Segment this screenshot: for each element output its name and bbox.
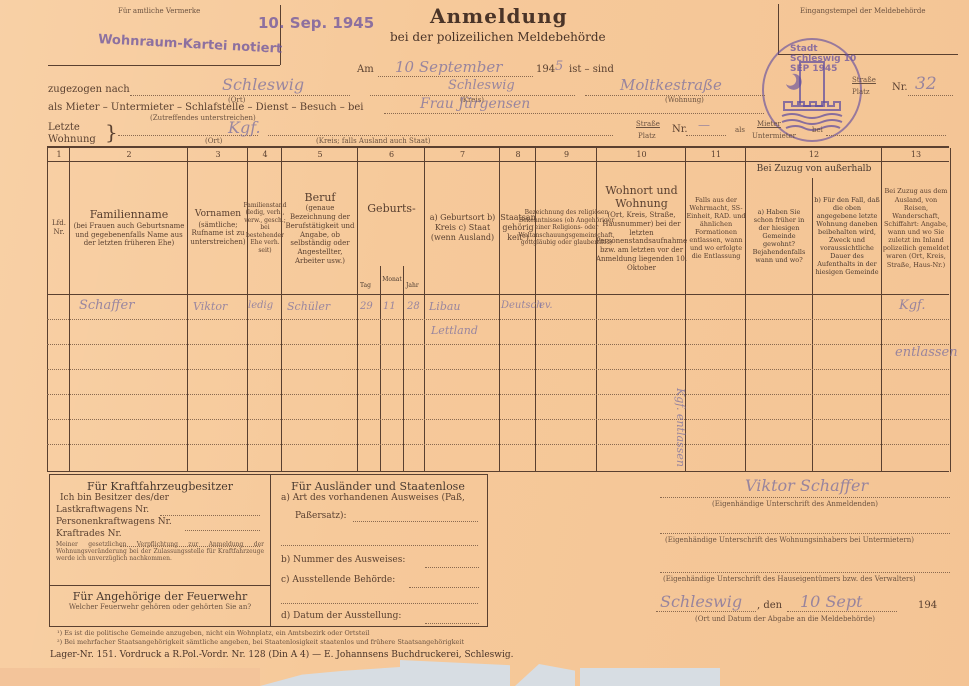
monat-label: Monat bbox=[382, 276, 402, 283]
issue-date-label: d) Datum der Ausstellung: bbox=[281, 611, 401, 621]
vornamen-value: Viktor bbox=[193, 300, 227, 313]
row-line bbox=[47, 344, 949, 345]
letzte-kreis-line bbox=[268, 135, 613, 136]
col-number: 1 bbox=[48, 150, 70, 159]
tag-label: Tag bbox=[360, 282, 371, 289]
place-date-label: (Ort und Datum der Abgabe an die Meldebe… bbox=[695, 615, 875, 623]
den-label: , den bbox=[757, 600, 782, 611]
bekenntnis-value: ev. bbox=[539, 300, 553, 311]
torn-edge bbox=[0, 668, 260, 686]
ausland2-value: entlassen bbox=[895, 345, 958, 360]
torn-edge bbox=[580, 668, 720, 686]
brace: } bbox=[105, 122, 118, 142]
col-12a-header: a) Haben Sie schon früher in der hiesige… bbox=[748, 180, 810, 292]
issue-date-line[interactable] bbox=[425, 623, 479, 624]
occupant-signature-line[interactable] bbox=[660, 533, 950, 534]
col-header-text: a) Geburtsort b) Kreis c) Staat (wenn Au… bbox=[425, 213, 500, 243]
print-info: Lager-Nr. 151. Vordruck a R.Pol.-Vordr. … bbox=[50, 650, 514, 660]
page-subtitle: bei der polizeilichen Meldebehörde bbox=[390, 30, 606, 44]
col-header: Beruf(genaue Bezeichnung der Berufstätig… bbox=[282, 162, 358, 294]
col-header-title: Wohnort und Wohnung bbox=[596, 184, 687, 212]
col-number: 9 bbox=[536, 150, 597, 159]
col-12b-header: b) Für den Fall, daß die oben angegebene… bbox=[814, 180, 880, 292]
footnote-1: ¹) Es ist die politische Gemeinde anzuge… bbox=[57, 629, 369, 637]
year-value: 5 bbox=[555, 59, 563, 74]
receipt-stamp-label: Eingangstempel der Meldebehörde bbox=[800, 7, 925, 15]
date-line[interactable] bbox=[787, 611, 897, 612]
col-header-text: Falls aus der Wehrmacht, SS-Einheit, RAD… bbox=[686, 196, 746, 261]
occupant-signature-label: (Eigenhändige Unterschrift des Wohnungsi… bbox=[665, 536, 914, 544]
bei-value: Frau Jürgensen bbox=[420, 96, 530, 112]
owner-signature-line[interactable] bbox=[660, 572, 950, 573]
col-number: 10 bbox=[597, 150, 686, 159]
mieter-label: Mieter bbox=[757, 120, 781, 128]
issuing-authority-line-2[interactable] bbox=[281, 603, 478, 604]
strasse-label: Straße bbox=[852, 76, 876, 84]
letzte-kreis-label: (Kreis; falls Ausland auch Staat) bbox=[316, 137, 431, 145]
birth-month-value: 11 bbox=[383, 301, 396, 312]
krad-line[interactable] bbox=[120, 546, 260, 547]
geburtsort-value: Libau bbox=[429, 300, 461, 313]
place-value: Schleswig bbox=[660, 592, 742, 611]
passport-type-line[interactable] bbox=[353, 521, 478, 522]
col-header-text: b) Für den Fall, daß die oben angegebene… bbox=[814, 196, 880, 276]
col-header: a) Geburtsort b) Kreis c) Staat (wenn Au… bbox=[425, 162, 500, 294]
foreigner-box: Für Ausländer und Staatenlose a) Art des… bbox=[269, 474, 488, 627]
col-number: 7 bbox=[425, 150, 500, 159]
col-number: 11 bbox=[686, 150, 746, 159]
col-header: Bei Zuzug aus dem Ausland, von Reisen, W… bbox=[882, 162, 950, 294]
wohnung2-label: Wohnung bbox=[48, 134, 96, 145]
platz-label-2: Platz bbox=[638, 132, 656, 140]
owner-signature-label: (Eigenhändige Unterschrift des Hauseigen… bbox=[663, 575, 916, 583]
zugezogen-label: zugezogen nach bbox=[48, 84, 130, 95]
passport-type-label: a) Art des vorhandenen Ausweises (Paß, bbox=[281, 493, 487, 503]
col-header-title: Beruf bbox=[282, 191, 358, 205]
issuing-authority-line[interactable] bbox=[409, 587, 479, 588]
ist-sind-label: ist – sind bbox=[569, 64, 614, 75]
row-line bbox=[47, 394, 949, 395]
fire-brigade-box: Für Angehörige der Feuerwehr Welcher Feu… bbox=[49, 585, 271, 627]
platz-label: Platz bbox=[852, 88, 870, 96]
col-header-text: (genaue Bezeichnung der Berufstätigkeit … bbox=[282, 204, 358, 265]
applicant-signature-label: (Eigenhändige Unterschrift des Anmeldend… bbox=[712, 500, 878, 508]
col-number: 8 bbox=[500, 150, 536, 159]
am-value: 10 September bbox=[395, 58, 502, 76]
letzte-nr-line bbox=[686, 135, 726, 136]
bei2-label: bei bbox=[812, 126, 823, 134]
birth-day-value: 29 bbox=[360, 301, 373, 312]
col-header-text: Bei Zuzug aus dem Ausland, von Reisen, W… bbox=[882, 187, 950, 268]
col-1: 1 Lfd. Nr. bbox=[47, 148, 70, 472]
staatsangehoerigkeit-value: Deutsch bbox=[501, 300, 543, 311]
applicant-signature-line[interactable] bbox=[660, 497, 950, 498]
wohnung-value: Moltkestraße bbox=[620, 76, 722, 94]
year-prefix: 194 bbox=[536, 64, 555, 75]
vehicle-owner-line: Ich bin Besitzer des/der bbox=[60, 493, 270, 503]
col-number: 5 bbox=[282, 150, 358, 159]
page-title: Anmeldung bbox=[430, 4, 568, 28]
fire-box-question: Welcher Feuerwehr gehören oder gehörten … bbox=[50, 603, 270, 611]
col-12: 12 Bei Zuzug von außerhalb a) Haben Sie … bbox=[745, 148, 882, 472]
jahr-label: Jahr bbox=[406, 282, 419, 289]
place-line[interactable] bbox=[656, 611, 756, 612]
row-line bbox=[47, 369, 949, 370]
wohnung-label: (Wohnung) bbox=[665, 96, 704, 104]
applicant-signature: Viktor Schaffer bbox=[745, 476, 868, 495]
row-line bbox=[47, 319, 949, 320]
seal-text: Stadt Schleswig 10 SEP 1945 bbox=[790, 44, 860, 74]
lkw-label: Lastkraftwagens Nr. bbox=[56, 505, 149, 515]
col-header: Vornamen(sämtliche; Rufname ist zu unter… bbox=[188, 162, 248, 294]
footnote-2: ²) Bei mehrfacher Staatsangehörigkeit sä… bbox=[57, 638, 464, 646]
col-number: 2 bbox=[70, 150, 188, 159]
col-number: 3 bbox=[188, 150, 248, 159]
torn-edge bbox=[515, 664, 575, 686]
date-stamp: 10. Sep. 1945 bbox=[258, 14, 374, 32]
krad-label: Kraftrades Nr. bbox=[56, 529, 122, 539]
beruf-value: Schüler bbox=[287, 300, 330, 313]
col-header: Bezeichnung des religiösen Bekenntnisses… bbox=[536, 162, 597, 294]
vehicle-box: Für Kraftfahrzeugbesitzer Ich bin Besitz… bbox=[49, 474, 271, 587]
vehicle-note: Meiner gesetzlichen Verpflichtung zur An… bbox=[56, 541, 264, 563]
bei-line bbox=[384, 113, 764, 114]
col-header-text: a) Haben Sie schon früher in der hiesige… bbox=[748, 208, 810, 264]
official-notes-label: Für amtliche Vermerke bbox=[118, 7, 200, 15]
lkw-line[interactable] bbox=[160, 515, 260, 516]
col-header-title: Geburts- bbox=[367, 202, 415, 216]
familienname-value: Schaffer bbox=[79, 298, 134, 313]
geburtsort2-value: Lettland bbox=[431, 324, 478, 337]
tenancy-type-label: als Mieter – Untermieter – Schlafstelle … bbox=[48, 102, 364, 113]
nr-value: 32 bbox=[915, 74, 937, 94]
col-header-title: Bei Zuzug von außerhalb bbox=[746, 164, 882, 174]
passport-number-line[interactable] bbox=[425, 567, 479, 568]
registry-stamp: Wohnraum-Kartei notiert bbox=[98, 32, 283, 57]
birth-year-value: 28 bbox=[407, 301, 420, 312]
passport-type-line-2[interactable] bbox=[281, 545, 478, 546]
col-number: 6 bbox=[358, 150, 425, 159]
ausland-value: Kgf. bbox=[899, 298, 926, 313]
col-header: Falls aus der Wehrmacht, SS-Einheit, RAD… bbox=[686, 162, 746, 294]
fire-box-title: Für Angehörige der Feuerwehr bbox=[50, 590, 270, 603]
familienstand-value: ledig bbox=[248, 300, 273, 311]
col-header: Wohnort und Wohnung(Ort, Kreis, Straße, … bbox=[597, 162, 686, 294]
issuing-authority-label: c) Ausstellende Behörde: bbox=[281, 575, 395, 585]
row-line bbox=[47, 444, 949, 445]
pkw-label: Personenkraftwagens Nr. bbox=[56, 517, 172, 527]
col-header: Familienstand (ledig, verh., verw., gesc… bbox=[248, 162, 282, 294]
strasse-label-2: Straße bbox=[636, 120, 660, 128]
col-header-text: (bei Frauen auch Geburtsname und gegeben… bbox=[70, 222, 188, 248]
ort-value: Schleswig bbox=[222, 75, 304, 94]
col-number: 12 bbox=[746, 150, 882, 159]
col-header-text: (sämtliche; Rufname ist zu unterstreiche… bbox=[188, 221, 248, 247]
vehicle-box-title: Für Kraftfahrzeugbesitzer bbox=[50, 480, 270, 493]
letzte-label: Letzte bbox=[48, 122, 80, 133]
torn-edge bbox=[400, 660, 510, 686]
passport-substitute-label: Paßersatz): bbox=[295, 511, 487, 521]
date-value: 10 Sept bbox=[800, 592, 863, 611]
year-prefix-2: 194 bbox=[918, 600, 937, 611]
divider bbox=[48, 65, 280, 66]
torn-edge bbox=[260, 667, 400, 686]
col-header: Geburts- bbox=[358, 162, 425, 294]
registration-form-paper: Für amtliche Vermerke Wohnraum-Kartei no… bbox=[0, 0, 969, 686]
am-label: Am bbox=[357, 64, 374, 75]
col-number: 13 bbox=[882, 150, 950, 159]
letzte-ort-value: Kgf. bbox=[228, 118, 261, 137]
foreigner-box-title: Für Ausländer und Staatenlose bbox=[269, 480, 487, 493]
bei2-line bbox=[826, 135, 946, 136]
col-header-title: Familienname bbox=[70, 208, 188, 222]
divider bbox=[812, 178, 813, 472]
row-line bbox=[47, 419, 949, 420]
nr-line bbox=[908, 95, 953, 96]
letzte-nr-label: Nr. bbox=[672, 124, 688, 135]
kreis-value: Schleswig bbox=[448, 78, 515, 93]
col-header: Familienname(bei Frauen auch Geburtsname… bbox=[70, 162, 188, 294]
nr-label: Nr. bbox=[892, 82, 908, 93]
registration-table: 1 Lfd. Nr. 2 Familienname(bei Frauen auc… bbox=[47, 148, 949, 472]
col-header: Lfd. Nr. bbox=[48, 162, 70, 294]
col-number: 4 bbox=[248, 150, 282, 159]
entlassung-value: Kgf. entlassen bbox=[674, 388, 687, 467]
am-line bbox=[378, 76, 533, 77]
col-header-title: Vornamen bbox=[188, 209, 248, 220]
col-10: 10 Wohnort und Wohnung(Ort, Kreis, Straß… bbox=[596, 148, 686, 472]
pkw-line[interactable] bbox=[185, 530, 260, 531]
col-11: 11 Falls aus der Wehrmacht, SS-Einheit, … bbox=[685, 148, 746, 472]
als2-label: als bbox=[735, 126, 745, 134]
untermieter-label: Untermieter bbox=[752, 132, 796, 140]
letzte-ort-label: (Ort) bbox=[205, 137, 222, 145]
col-header-text: (Ort, Kreis, Straße, Hausnummer) bei der… bbox=[596, 211, 687, 272]
passport-number-label: b) Nummer des Ausweises: bbox=[281, 555, 405, 565]
col-header-text: Lfd. Nr. bbox=[48, 219, 70, 237]
letzte-nr-value: — bbox=[698, 118, 710, 132]
